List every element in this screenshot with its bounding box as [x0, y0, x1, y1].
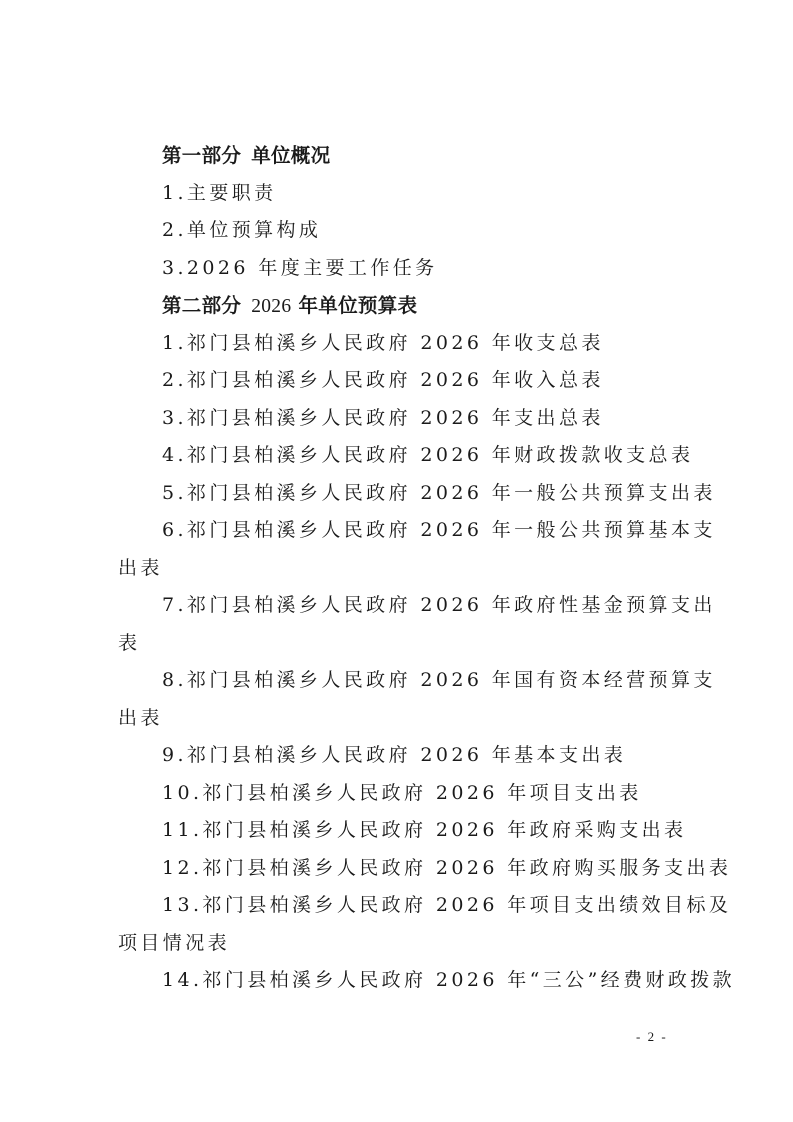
- toc-item: 12.祁门县柏溪乡人民政府 2026 年政府购买服务支出表: [118, 850, 678, 888]
- part1-heading: 第一部分单位概况: [118, 137, 678, 175]
- part2-title-suffix: 年单位预算表: [299, 294, 418, 317]
- toc-item: 3.祁门县柏溪乡人民政府 2026 年支出总表: [118, 400, 678, 438]
- toc-item-continuation: 项目情况表: [118, 925, 678, 963]
- toc-item: 4.祁门县柏溪乡人民政府 2026 年财政拨款收支总表: [118, 437, 678, 475]
- toc-item: 7.祁门县柏溪乡人民政府 2026 年政府性基金预算支出: [118, 587, 678, 625]
- toc-item: 2.单位预算构成: [118, 212, 678, 250]
- toc-item: 6.祁门县柏溪乡人民政府 2026 年一般公共预算基本支: [118, 512, 678, 550]
- page-number: - 2 -: [636, 1029, 668, 1045]
- part2-heading: 第二部分2026 年单位预算表: [118, 287, 678, 325]
- toc-item-continuation: 出表: [118, 550, 678, 588]
- part2-title-year: 2026: [251, 296, 291, 317]
- part1-title-prefix: 第一部分: [162, 144, 241, 167]
- toc-item: 2.祁门县柏溪乡人民政府 2026 年收入总表: [118, 362, 678, 400]
- toc-item-continuation: 表: [118, 625, 678, 663]
- toc-item: 1.主要职责: [118, 175, 678, 213]
- toc-item: 10.祁门县柏溪乡人民政府 2026 年项目支出表: [118, 775, 678, 813]
- toc-item: 13.祁门县柏溪乡人民政府 2026 年项目支出绩效目标及: [118, 887, 678, 925]
- document-page: 第一部分单位概况 1.主要职责 2.单位预算构成 3.2026 年度主要工作任务…: [0, 0, 793, 1122]
- toc-item: 8.祁门县柏溪乡人民政府 2026 年国有资本经营预算支: [118, 662, 678, 700]
- part1-title-suffix: 单位概况: [251, 144, 330, 167]
- toc-item: 11.祁门县柏溪乡人民政府 2026 年政府采购支出表: [118, 812, 678, 850]
- table-of-contents: 第一部分单位概况 1.主要职责 2.单位预算构成 3.2026 年度主要工作任务…: [118, 137, 678, 1000]
- part2-title-prefix: 第二部分: [162, 294, 241, 317]
- toc-item: 5.祁门县柏溪乡人民政府 2026 年一般公共预算支出表: [118, 475, 678, 513]
- toc-item-continuation: 出表: [118, 700, 678, 738]
- toc-item: 14.祁门县柏溪乡人民政府 2026 年“三公”经费财政拨款: [118, 962, 678, 1000]
- toc-item: 1.祁门县柏溪乡人民政府 2026 年收支总表: [118, 325, 678, 363]
- toc-item: 3.2026 年度主要工作任务: [118, 250, 678, 288]
- toc-item: 9.祁门县柏溪乡人民政府 2026 年基本支出表: [118, 737, 678, 775]
